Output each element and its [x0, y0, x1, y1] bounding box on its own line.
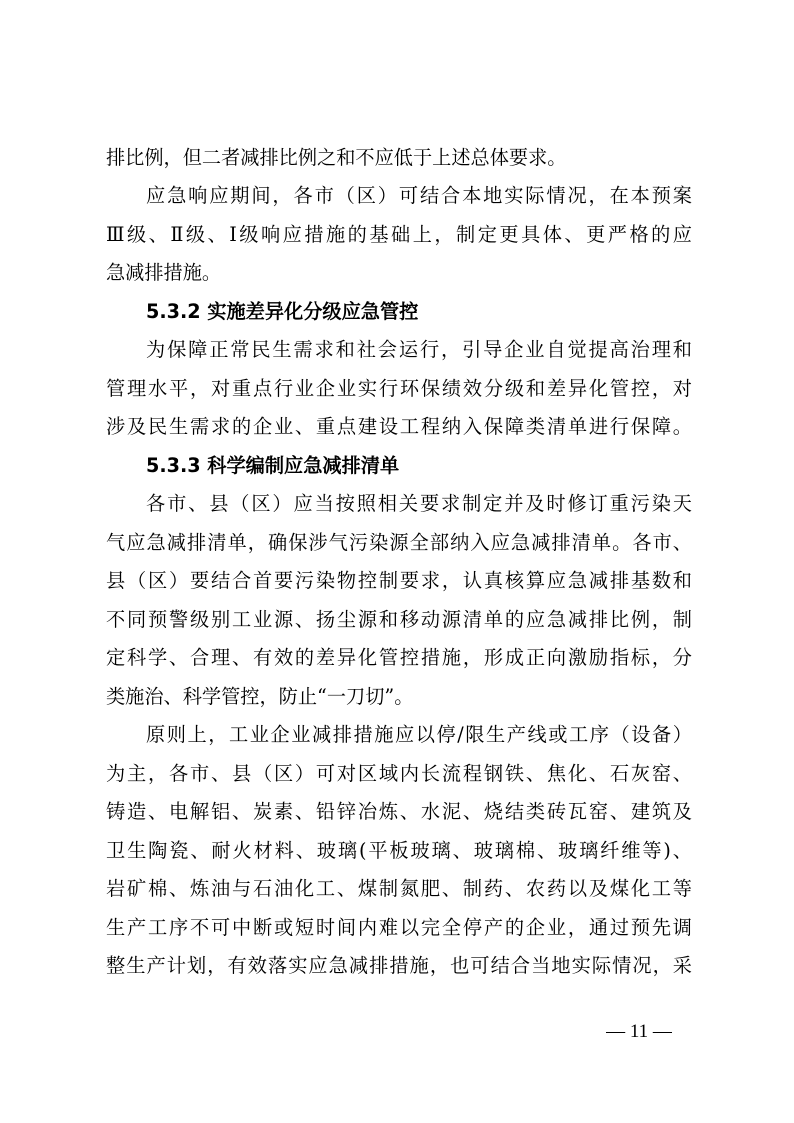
paragraph-line: Ⅲ级、Ⅱ级、Ⅰ级响应措施的基础上，制定更具体、更严格的应: [106, 220, 692, 250]
page-number: — 11 —: [594, 1019, 684, 1045]
paragraph-line: 急减排措施。: [106, 258, 692, 288]
paragraph-line: 类施治、科学管控，防止“一刀切”。: [106, 682, 692, 712]
paragraph-line: 涉及民生需求的企业、重点建设工程纳入保障类清单进行保障。: [106, 412, 692, 442]
document-page: 排比例，但二者减排比例之和不应低于上述总体要求。 应急响应期间，各市（区）可结合…: [0, 0, 794, 1123]
paragraph-line: 气应急减排清单，确保涉气污染源全部纳入应急减排清单。各市、: [106, 528, 692, 558]
paragraph-line: 为保障正常民生需求和社会运行，引导企业自觉提高治理和: [146, 335, 692, 365]
section-heading-5-3-3: 5.3.3 科学编制应急减排清单: [146, 451, 399, 481]
paragraph-line: 岩矿棉、炼油与石油化工、煤制氮肥、制药、农药以及煤化工等: [106, 874, 692, 904]
paragraph-line: 整生产计划，有效落实应急减排措施，也可结合当地实际情况，采: [106, 951, 692, 981]
paragraph-line: 卫生陶瓷、耐火材料、玻璃(平板玻璃、玻璃棉、玻璃纤维等)、: [106, 836, 692, 866]
section-heading-5-3-2: 5.3.2 实施差异化分级应急管控: [146, 297, 418, 327]
paragraph-line: 管理水平，对重点行业企业实行环保绩效分级和差异化管控，对: [106, 374, 692, 404]
paragraph-line: 生产工序不可中断或短时间内难以完全停产的企业，通过预先调: [106, 913, 692, 943]
paragraph-line: 不同预警级别工业源、扬尘源和移动源清单的应急减排比例，制: [106, 605, 692, 635]
paragraph-line: 应急响应期间，各市（区）可结合本地实际情况，在本预案: [146, 181, 692, 211]
paragraph-line: 为主，各市、县（区）可对区域内长流程钢铁、焦化、石灰窑、: [106, 759, 692, 789]
paragraph-line: 县（区）要结合首要污染物控制要求，认真核算应急减排基数和: [106, 566, 692, 596]
paragraph-line: 各市、县（区）应当按照相关要求制定并及时修订重污染天: [146, 489, 692, 519]
paragraph-line: 铸造、电解铝、炭素、铅锌冶炼、水泥、烧结类砖瓦窑、建筑及: [106, 797, 692, 827]
paragraph-line: 原则上，工业企业减排措施应以停/限生产线或工序（设备）: [146, 720, 692, 750]
paragraph-line: 排比例，但二者减排比例之和不应低于上述总体要求。: [106, 143, 692, 173]
paragraph-line: 定科学、合理、有效的差异化管控措施，形成正向激励指标，分: [106, 643, 692, 673]
